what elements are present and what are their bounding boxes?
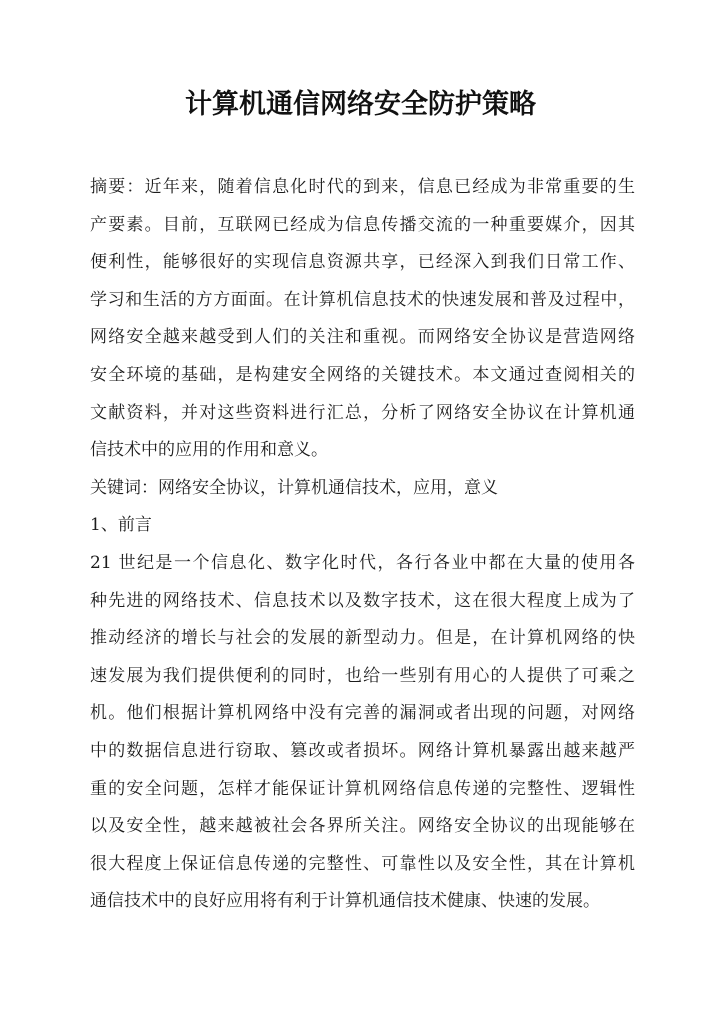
document-page: 计算机通信网络安全防护策略 摘要：近年来，随着信息化时代的到来，信息已经成为非常… xyxy=(0,0,721,1020)
text-line: 摘要：近年来，随着信息化时代的到来，信息已经成为非常重要的生 xyxy=(90,169,635,207)
text-line: 便利性，能够很好的实现信息资源共享，已经深入到我们日常工作、 xyxy=(90,244,635,282)
document-title: 计算机通信网络安全防护策略 xyxy=(0,0,721,123)
text-line: 推动经济的增长与社会的发展的新型动力。但是，在计算机网络的快 xyxy=(90,620,635,658)
text-line: 种先进的网络技术、信息技术以及数字技术，这在很大程度上成为了 xyxy=(90,583,635,621)
text-line: 机。他们根据计算机网络中没有完善的漏洞或者出现的问题，对网络 xyxy=(90,695,635,733)
paragraph-keywords: 关键词：网络安全协议，计算机通信技术，应用，意义 xyxy=(90,470,635,508)
text-line: 关键词：网络安全协议，计算机通信技术，应用，意义 xyxy=(90,470,635,508)
text-line: 文献资料，并对这些资料进行汇总，分析了网络安全协议在计算机通 xyxy=(90,395,635,433)
text-line: 通信技术中的良好应用将有利于计算机通信技术健康、快速的发展。 xyxy=(90,883,635,921)
text-line: 产要素。目前，互联网已经成为信息传播交流的一种重要媒介，因其 xyxy=(90,207,635,245)
text-line: 以及安全性，越来越被社会各界所关注。网络安全协议的出现能够在 xyxy=(90,808,635,846)
text-line: 重的安全问题，怎样才能保证计算机网络信息传递的完整性、逻辑性 xyxy=(90,771,635,809)
text-line: 很大程度上保证信息传递的完整性、可靠性以及安全性，其在计算机 xyxy=(90,846,635,884)
text-line: 信技术中的应用的作用和意义。 xyxy=(90,432,635,470)
text-line: 1、前言 xyxy=(90,507,635,545)
text-line: 21 世纪是一个信息化、数字化时代，各行各业中都在大量的使用各 xyxy=(90,545,635,583)
paragraph-abstract: 摘要：近年来，随着信息化时代的到来，信息已经成为非常重要的生产要素。目前，互联网… xyxy=(90,169,635,470)
document-body: 摘要：近年来，随着信息化时代的到来，信息已经成为非常重要的生产要素。目前，互联网… xyxy=(90,169,635,921)
text-line: 速发展为我们提供便利的同时，也给一些别有用心的人提供了可乘之 xyxy=(90,658,635,696)
text-line: 学习和生活的方方面面。在计算机信息技术的快速发展和普及过程中， xyxy=(90,282,635,320)
text-line: 安全环境的基础，是构建安全网络的关键技术。本文通过查阅相关的 xyxy=(90,357,635,395)
text-line: 中的数据信息进行窃取、篡改或者损坏。网络计算机暴露出越来越严 xyxy=(90,733,635,771)
text-line: 网络安全越来越受到人们的关注和重视。而网络安全协议是营造网络 xyxy=(90,319,635,357)
paragraph-section-heading-1: 1、前言 xyxy=(90,507,635,545)
paragraph-intro: 21 世纪是一个信息化、数字化时代，各行各业中都在大量的使用各种先进的网络技术、… xyxy=(90,545,635,921)
